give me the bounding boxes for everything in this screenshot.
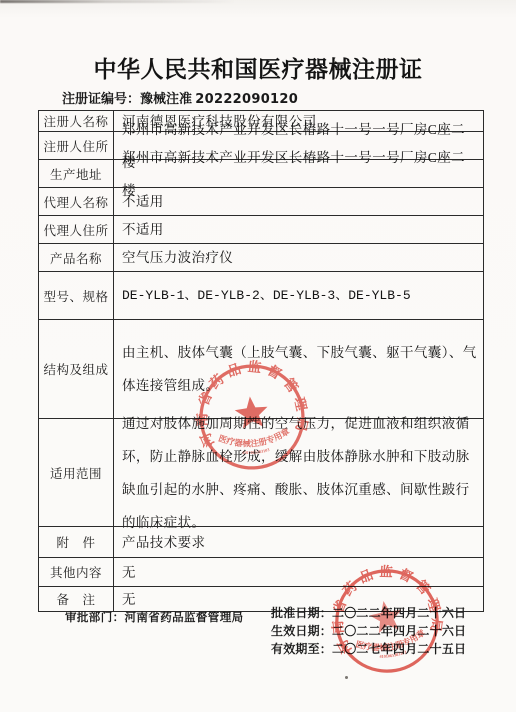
row-label: 其他内容 [39, 558, 114, 586]
table-row-model-spec: 型号、规格 DE-YLB-1、DE-YLB-2、DE-YLB-3、DE-YLB-… [39, 271, 483, 319]
row-label: 注册人住所 [39, 132, 114, 159]
certificate-table: 注册人名称 河南德恩医疗科技股份有限公司 注册人住所 郑州市高新技术产业开发区长… [38, 110, 484, 612]
row-label: 产品名称 [39, 244, 114, 271]
table-row-agent-name: 代理人名称 不适用 [39, 187, 483, 215]
effective-date-value: 二〇二二年四月二十六日 [332, 624, 466, 638]
expiry-date-label: 有效期至： [271, 642, 332, 656]
row-value: 无 [114, 558, 483, 586]
table-row-other-content: 其他内容 无 [39, 557, 483, 586]
row-label: 适用范围 [39, 419, 114, 526]
row-label: 生产地址 [39, 160, 114, 187]
table-row-production-address: 生产地址 郑州市高新技术产业开发区长椿路十一号一号厂房C座二楼 [39, 159, 483, 187]
row-value: 不适用 [114, 188, 483, 215]
effective-date-line: 生效日期：二〇二二年四月二十六日 [271, 622, 466, 640]
row-value: 产品技术要求 [114, 527, 483, 557]
row-label: 注册人名称 [39, 111, 114, 131]
row-value: DE-YLB-1、DE-YLB-2、DE-YLB-3、DE-YLB-5 [114, 272, 483, 319]
certificate-page: 中华人民共和国医疗器械注册证 注册证编号：豫械注准 20222090120 注册… [0, 0, 516, 712]
table-row-attachment: 附 件 产品技术要求 [39, 526, 483, 557]
scan-artifact-top [0, 0, 235, 3]
effective-date-label: 生效日期： [271, 624, 332, 638]
row-label: 代理人住所 [39, 216, 114, 243]
table-row-intended-use: 适用范围 通过对肢体施加周期性的空气压力，促进血液和组织液循环，防止静脉血栓形成… [39, 418, 483, 526]
row-value: 通过对肢体施加周期性的空气压力，促进血液和组织液循环，防止静脉血栓形成，缓解由肢… [114, 419, 483, 526]
row-label: 型号、规格 [39, 272, 114, 319]
table-row-agent-address: 代理人住所 不适用 [39, 215, 483, 243]
approval-date-line: 批准日期：二〇二二年四月二十六日 [271, 604, 466, 622]
row-label: 结构及组成 [39, 320, 114, 418]
certificate-title: 中华人民共和国医疗器械注册证 [0, 51, 516, 84]
row-value: 郑州市高新技术产业开发区长椿路十一号一号厂房C座二楼 [114, 160, 483, 187]
approval-department-label: 审批部门： [65, 612, 125, 624]
certificate-dates: 批准日期：二〇二二年四月二十六日 生效日期：二〇二二年四月二十六日 有效期至：二… [271, 604, 466, 658]
approval-date-value: 二〇二二年四月二十六日 [332, 606, 466, 620]
row-value: 空气压力波治疗仪 [114, 244, 483, 271]
row-label: 备 注 [39, 587, 114, 611]
row-label: 代理人名称 [39, 188, 114, 215]
table-row-product-name: 产品名称 空气压力波治疗仪 [39, 243, 483, 271]
scan-artifact-dot [345, 676, 348, 679]
row-value: 不适用 [114, 216, 483, 243]
expiry-date-value: 二〇二七年四月二十五日 [332, 642, 466, 656]
expiry-date-line: 有效期至：二〇二七年四月二十五日 [271, 640, 466, 658]
row-label: 附 件 [39, 527, 114, 557]
approval-department-line: 审批部门：河南省药品监督管理局 [65, 609, 244, 625]
approval-date-label: 批准日期： [271, 606, 332, 620]
approval-department-value: 河南省药品监督管理局 [125, 612, 244, 624]
row-value: 由主机、肢体气囊（上肢气囊、下肢气囊、躯干气囊）、气体连接管组成。 [114, 320, 483, 418]
table-row-structure: 结构及组成 由主机、肢体气囊（上肢气囊、下肢气囊、躯干气囊）、气体连接管组成。 [39, 319, 483, 418]
